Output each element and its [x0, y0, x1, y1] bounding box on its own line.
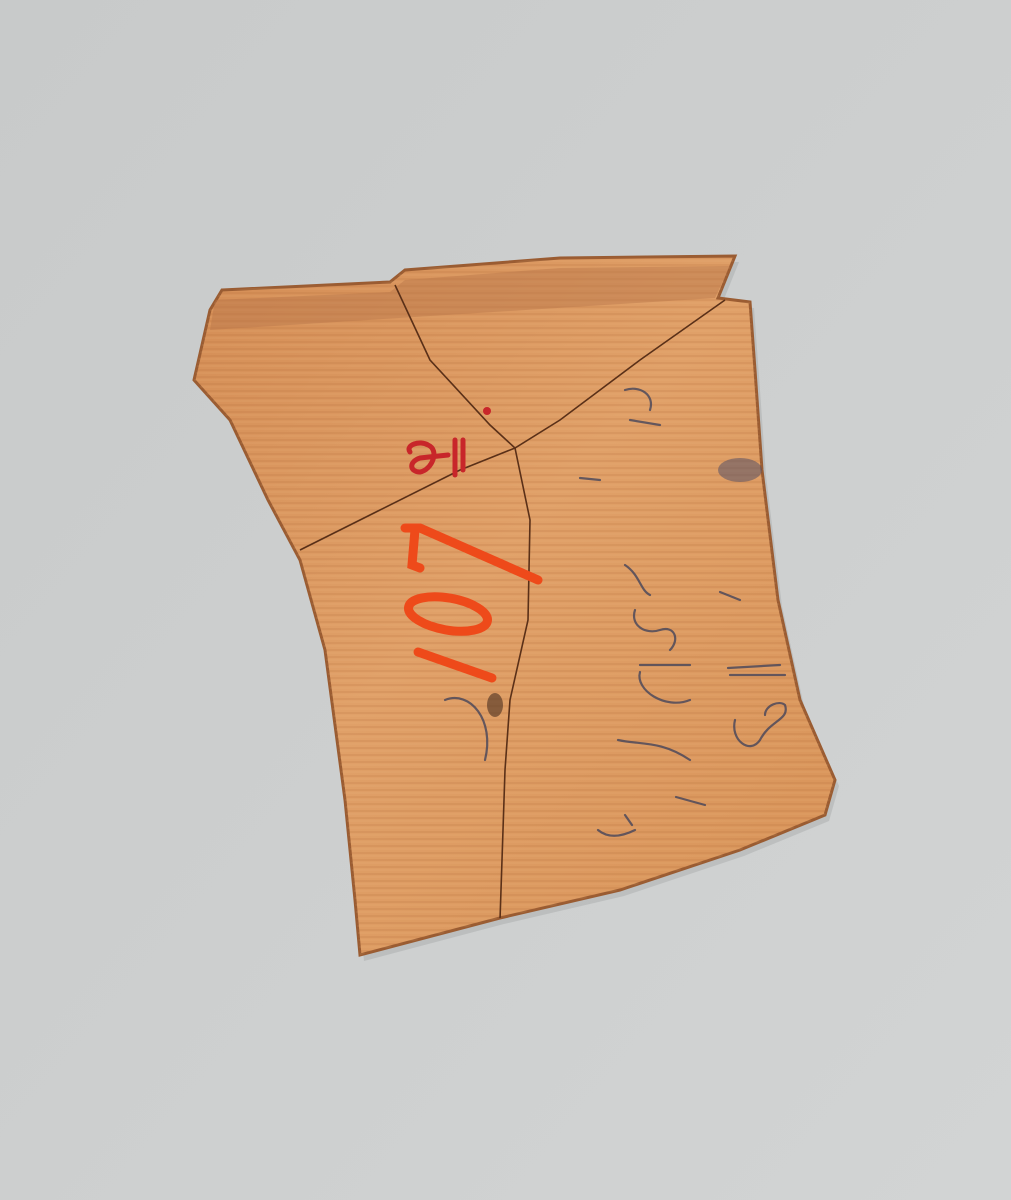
photo-scene — [0, 0, 1011, 1200]
photo-svg — [0, 0, 1011, 1200]
